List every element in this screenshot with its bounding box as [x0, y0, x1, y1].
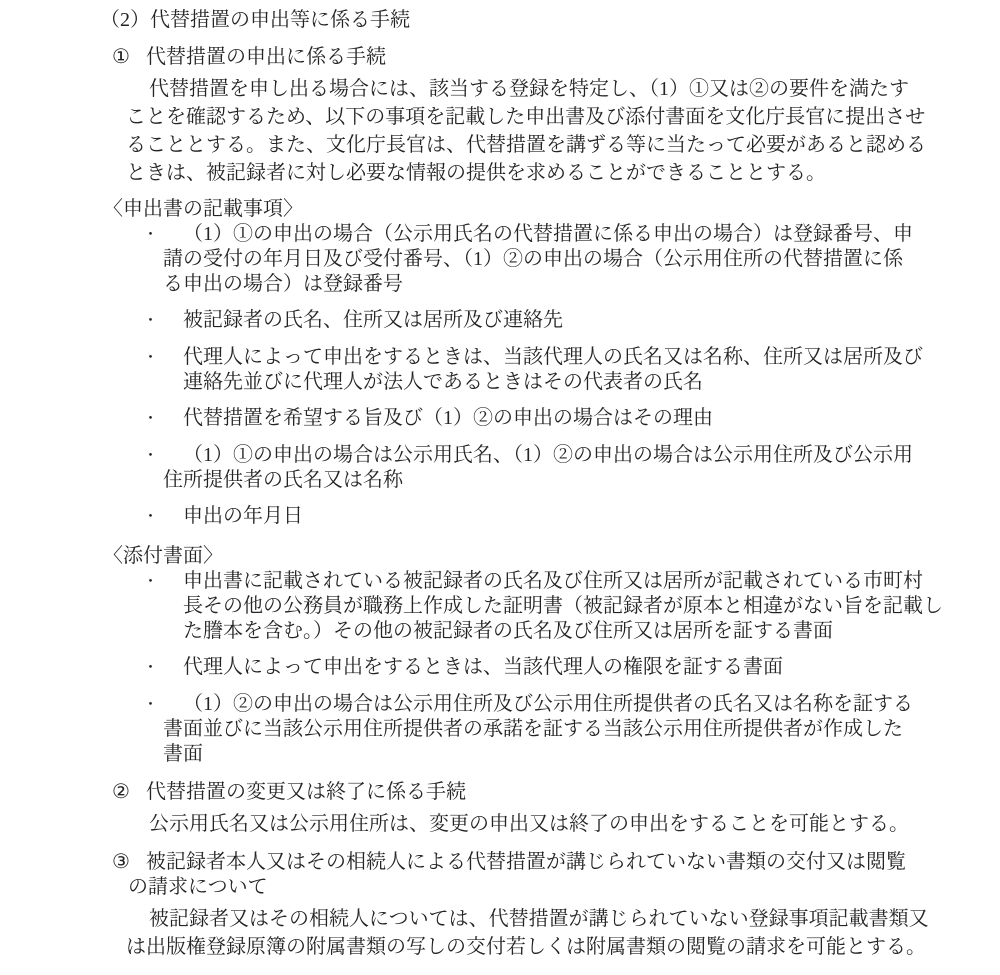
- text-line: 請の受付の年月日及び受付番号、（1）②の申出の場合（公示用住所の代替措置に係: [163, 247, 913, 272]
- text-line: ことを確認するため、以下の事項を記載した申出書及び添付書面を文化庁長官に提出させ: [126, 103, 1000, 131]
- text-line: 申出の年月日: [183, 504, 303, 529]
- bullet-icon: ・: [143, 655, 183, 681]
- subsection-2-title: 代替措置の変更又は終了に係る手続: [146, 780, 466, 805]
- text-line: 被記録者の氏名、住所又は居所及び連絡先: [183, 308, 563, 333]
- list-item-text: （1）②の申出の場合は公示用住所及び公示用住所提供者の氏名又は名称を証する書面並…: [183, 692, 913, 767]
- list-item-text: 申出の年月日: [183, 504, 303, 529]
- list-item-text: 代替措置を希望する旨及び（1）②の申出の場合はその理由: [183, 406, 713, 431]
- text-line: ときは、被記録者に対し必要な情報の提供を求めることができることとする。: [126, 159, 1000, 187]
- subsection-3-body: 被記録者又はその相続人については、代替措置が講じられていない登録事項記載書類又は…: [126, 905, 1000, 961]
- bullet-icon: ・: [143, 345, 183, 371]
- list-item: ・（1）①の申出の場合（公示用氏名の代替措置に係る申出の場合）は登録番号、申請の…: [143, 222, 1000, 297]
- bullet-icon: ・: [143, 406, 183, 432]
- subsection-1-body: 代替措置を申し出る場合には、該当する登録を特定し、（1）①又は②の要件を満たすこ…: [126, 75, 1000, 187]
- text-line: 連絡先並びに代理人が法人であるときはその代表者の氏名: [183, 370, 923, 395]
- text-line: 被記録者本人又はその相続人による代替措置が講じられていない書類の交付又は閲覧: [146, 850, 906, 875]
- application-form-items-label: 〈申出書の記載事項〉: [103, 197, 1000, 222]
- subsection-1-title: 代替措置の申出に係る手続: [146, 45, 386, 70]
- list-item-text: （1）①の申出の場合は公示用氏名、（1）②の申出の場合は公示用住所及び公示用住所…: [183, 443, 913, 493]
- document-page: （2）代替措置の申出等に係る手続 ① 代替措置の申出に係る手続 代替措置を申し出…: [0, 0, 1000, 961]
- list-item: ・被記録者の氏名、住所又は居所及び連絡先: [143, 308, 1000, 334]
- bullet-icon: ・: [143, 504, 183, 530]
- text-line: 書面並びに当該公示用住所提供者の承諾を証する当該公示用住所提供者が作成した: [163, 717, 913, 742]
- text-line: 住所提供者の氏名又は名称: [163, 468, 913, 493]
- attachments-list: ・申出書に記載されている被記録者の氏名及び住所又は居所が記載されている市町村長そ…: [143, 569, 1000, 767]
- subsection-2-body: 公示用氏名又は公示用住所は、変更の申出又は終了の申出をすることを可能とする。: [126, 810, 1000, 838]
- text-line: 書面: [163, 742, 913, 767]
- text-line: 公示用氏名又は公示用住所は、変更の申出又は終了の申出をすることを可能とする。: [126, 810, 1000, 838]
- bullet-icon: ・: [143, 569, 183, 595]
- section-heading: （2）代替措置の申出等に係る手続: [100, 8, 1000, 33]
- list-item: ・申出書に記載されている被記録者の氏名及び住所又は居所が記載されている市町村長そ…: [143, 569, 1000, 644]
- application-form-items-list: ・（1）①の申出の場合（公示用氏名の代替措置に係る申出の場合）は登録番号、申請の…: [143, 222, 1000, 530]
- bullet-icon: ・: [143, 308, 183, 334]
- text-line: 代理人によって申出をするときは、当該代理人の氏名又は名称、住所又は居所及び: [183, 345, 923, 370]
- text-line: 被記録者又はその相続人については、代替措置が講じられていない登録事項記載書類又: [126, 905, 1000, 933]
- text-line: 代理人によって申出をするときは、当該代理人の権限を証する書面: [183, 655, 783, 680]
- list-item: ・代理人によって申出をするときは、当該代理人の権限を証する書面: [143, 655, 1000, 681]
- text-line: 長その他の公務員が職務上作成した証明書（被記録者が原本と相違がない旨を記載し: [183, 594, 943, 619]
- list-item: ・代理人によって申出をするときは、当該代理人の氏名又は名称、住所又は居所及び連絡…: [143, 345, 1000, 395]
- list-item-text: 被記録者の氏名、住所又は居所及び連絡先: [183, 308, 563, 333]
- list-item-text: 代理人によって申出をするときは、当該代理人の権限を証する書面: [183, 655, 783, 680]
- text-line: た謄本を含む。）その他の被記録者の氏名及び住所又は居所を証する書面: [183, 619, 943, 644]
- subsection-1-heading: ① 代替措置の申出に係る手続: [112, 45, 1000, 70]
- list-item-text: 代理人によって申出をするときは、当該代理人の氏名又は名称、住所又は居所及び連絡先…: [183, 345, 923, 395]
- circled-number-2: ②: [112, 780, 146, 805]
- bullet-icon: ・: [143, 222, 183, 248]
- list-item: ・申出の年月日: [143, 504, 1000, 530]
- circled-number-3: ③: [112, 850, 146, 875]
- text-line: 代替措置を申し出る場合には、該当する登録を特定し、（1）①又は②の要件を満たす: [126, 75, 1000, 103]
- text-line: （1）①の申出の場合（公示用氏名の代替措置に係る申出の場合）は登録番号、申: [183, 222, 913, 247]
- circled-number-1: ①: [112, 45, 146, 70]
- subsection-3-heading: ③ 被記録者本人又はその相続人による代替措置が講じられていない書類の交付又は閲覧…: [112, 850, 1000, 900]
- text-line: の請求について: [128, 875, 906, 900]
- subsection-2-heading: ② 代替措置の変更又は終了に係る手続: [112, 780, 1000, 805]
- text-line: は出版権登録原簿の附属書類の写しの交付若しくは附属書類の閲覧の請求を可能とする。: [126, 933, 1000, 961]
- text-line: る申出の場合）は登録番号: [163, 272, 913, 297]
- text-line: （1）②の申出の場合は公示用住所及び公示用住所提供者の氏名又は名称を証する: [183, 692, 913, 717]
- list-item: ・（1）①の申出の場合は公示用氏名、（1）②の申出の場合は公示用住所及び公示用住…: [143, 443, 1000, 493]
- bullet-icon: ・: [143, 443, 183, 469]
- attachments-label: 〈添付書面〉: [103, 544, 1000, 569]
- list-item: ・（1）②の申出の場合は公示用住所及び公示用住所提供者の氏名又は名称を証する書面…: [143, 692, 1000, 767]
- list-item: ・代替措置を希望する旨及び（1）②の申出の場合はその理由: [143, 406, 1000, 432]
- text-line: ることとする。また、文化庁長官は、代替措置を講ずる等に当たって必要があると認める: [126, 131, 1000, 159]
- bullet-icon: ・: [143, 692, 183, 718]
- text-line: 申出書に記載されている被記録者の氏名及び住所又は居所が記載されている市町村: [183, 569, 943, 594]
- text-line: （1）①の申出の場合は公示用氏名、（1）②の申出の場合は公示用住所及び公示用: [183, 443, 913, 468]
- list-item-text: 申出書に記載されている被記録者の氏名及び住所又は居所が記載されている市町村長その…: [183, 569, 943, 644]
- text-line: 代替措置を希望する旨及び（1）②の申出の場合はその理由: [183, 406, 713, 431]
- list-item-text: （1）①の申出の場合（公示用氏名の代替措置に係る申出の場合）は登録番号、申請の受…: [183, 222, 913, 297]
- subsection-3-title: 被記録者本人又はその相続人による代替措置が講じられていない書類の交付又は閲覧の請…: [146, 850, 906, 900]
